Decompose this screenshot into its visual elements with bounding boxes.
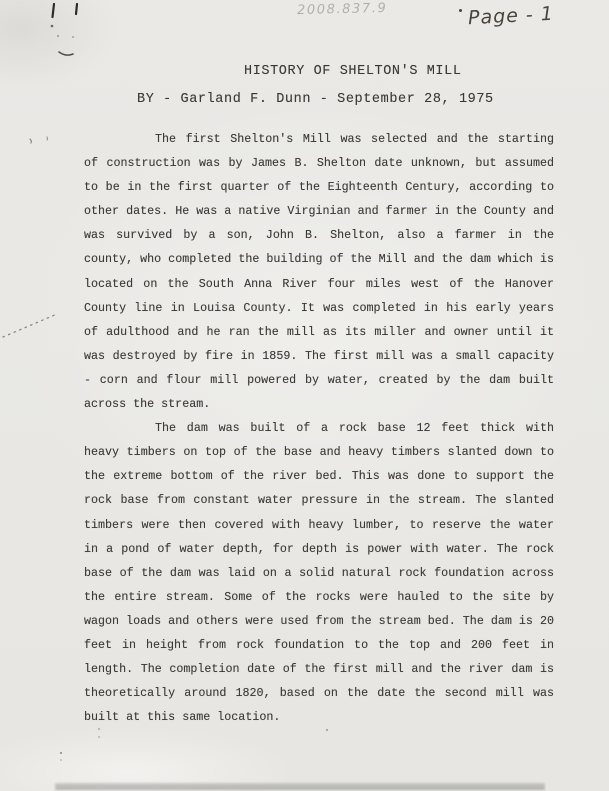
document-byline: BY - Garland F. Dunn - September 28, 197… [137,92,494,107]
paragraph-1: The first Shelton's Mill was selected an… [84,127,554,416]
page-number-annotation: Page - 1 [467,3,554,29]
bottom-speck-marks [60,728,328,761]
scan-shadow [55,783,545,790]
document-title: HISTORY OF SHELTON'S MILL [244,64,462,79]
pen-dot-mark [459,9,462,12]
pencil-scratch-mark [3,314,57,337]
margin-tick-marks [51,4,77,55]
scanned-document-page: 2008.837.9 Page - 1 HISTORY OF SHELTON'S… [0,0,609,791]
accession-number-annotation: 2008.837.9 [297,1,388,18]
document-body: The first Shelton's Mill was selected an… [84,127,554,729]
pencil-speck-marks [30,137,48,143]
paragraph-2: The dam was built of a rock base 12 feet… [84,416,554,729]
